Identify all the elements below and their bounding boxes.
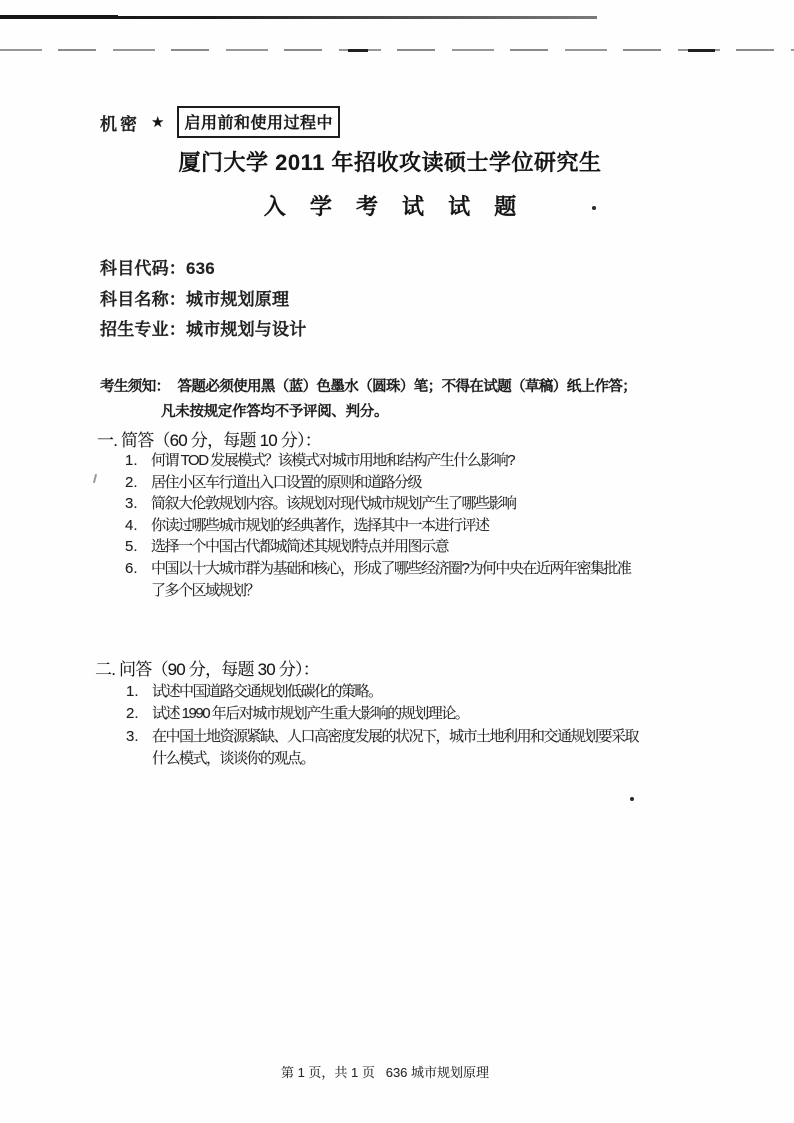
notice-row: 考生须知：答题必须使用黑（蓝）色墨水（圆珠）笔；不得在试题（草稿）纸上作答； [100, 375, 636, 396]
question-item: 中国以十大城市群为基础和核心，形成了哪些经济圈?为何中央在近两年密集批准了多个区… [122, 558, 641, 601]
scan-speck [630, 797, 634, 801]
section-1-questions: 何谓 TOD 发展模式？该模式对城市用地和结构产生什么影响? 居住小区车行道出入… [122, 450, 641, 601]
question-item: 简叙大伦敦规划内容。该规划对现代城市规划产生了哪些影响 [122, 493, 641, 515]
subject-major-value: 城市规划与设计 [186, 320, 306, 339]
secrecy-label: 机密 [100, 110, 140, 135]
validity-period-box: 启用前和使用过程中 [177, 106, 340, 138]
question-item: 试述 1990 年后对城市规划产生重大影响的规划理论。 [123, 703, 642, 725]
scan-dash-segment [348, 49, 368, 52]
section-2-heading: 二. 问答（90 分，每题 30 分）： [95, 655, 319, 680]
question-text: 试述中国道路交通规划低碳化的策略。 [152, 683, 382, 700]
question-text: 中国以十大城市群为基础和核心，形成了哪些经济圈?为何中央在近两年密集批准了多个区… [151, 560, 630, 599]
exam-subtitle: 入 学 考 试 试 题 [0, 190, 780, 221]
question-text: 何谓 TOD 发展模式？该模式对城市用地和结构产生什么影响? [151, 452, 514, 469]
question-item: 你读过哪些城市规划的经典著作，选择其中一本进行评述 [122, 515, 641, 537]
subject-name-value: 城市规划原理 [186, 290, 289, 309]
subject-major-row: 招生专业：城市规划与设计 [100, 315, 306, 346]
scan-dashed-rule [0, 49, 794, 51]
notice-line-2: 凡未按规定作答均不予评阅、判分。 [161, 400, 388, 421]
section-1-heading: 一. 简答（60 分，每题 10 分）： [97, 426, 321, 451]
question-text: 在中国土地资源紧缺、人口高密度发展的状况下，城市土地利用和交通规划要采取什么模式… [152, 728, 638, 767]
question-text: 试述 1990 年后对城市规划产生重大影响的规划理论。 [152, 705, 468, 722]
subject-code-value: 636 [186, 259, 215, 278]
notice-label: 考生须知： [100, 379, 170, 395]
notice-line-1: 答题必须使用黑（蓝）色墨水（圆珠）笔；不得在试题（草稿）纸上作答； [178, 379, 637, 395]
question-text: 选择一个中国古代都城简述其规划特点并用图示意 [151, 538, 448, 555]
scan-top-rule-segment [0, 15, 118, 19]
question-item: 选择一个中国古代都城简述其规划特点并用图示意 [122, 536, 641, 558]
question-item: 居住小区车行道出入口设置的原则和道路分级 [122, 472, 641, 494]
star-icon: ★ [151, 113, 164, 131]
question-item: 试述中国道路交通规划低碳化的策略。 [123, 681, 642, 703]
subject-code-row: 科目代码：636 [100, 254, 306, 285]
subject-name-label: 科目名称： [100, 290, 186, 309]
question-item: 何谓 TOD 发展模式？该模式对城市用地和结构产生什么影响? [122, 450, 641, 472]
subject-info: 科目代码：636 科目名称：城市规划原理 招生专业：城市规划与设计 [100, 254, 306, 346]
page-footer: 第 1 页，共 1 页 636 城市规划原理 [0, 1062, 770, 1081]
subject-name-row: 科目名称：城市规划原理 [100, 285, 306, 316]
question-text: 简叙大伦敦规划内容。该规划对现代城市规划产生了哪些影响 [151, 495, 516, 512]
subject-code-label: 科目代码： [100, 259, 186, 278]
question-item: 在中国土地资源紧缺、人口高密度发展的状况下，城市土地利用和交通规划要采取什么模式… [123, 726, 642, 771]
classification-row: 机密 ★ 启用前和使用过程中 [100, 106, 340, 138]
question-text: 你读过哪些城市规划的经典著作，选择其中一本进行评述 [151, 517, 489, 534]
section-2-questions: 试述中国道路交通规划低碳化的策略。 试述 1990 年后对城市规划产生重大影响的… [123, 681, 642, 770]
exam-title: 厦门大学 2011 年招收攻读硕士学位研究生 [0, 146, 780, 177]
scan-dash-segment [688, 49, 715, 52]
scanned-exam-page: 机密 ★ 启用前和使用过程中 厦门大学 2011 年招收攻读硕士学位研究生 入 … [0, 0, 794, 1123]
question-text: 居住小区车行道出入口设置的原则和道路分级 [151, 474, 421, 491]
subject-major-label: 招生专业： [100, 320, 186, 339]
scan-speck [93, 474, 97, 483]
